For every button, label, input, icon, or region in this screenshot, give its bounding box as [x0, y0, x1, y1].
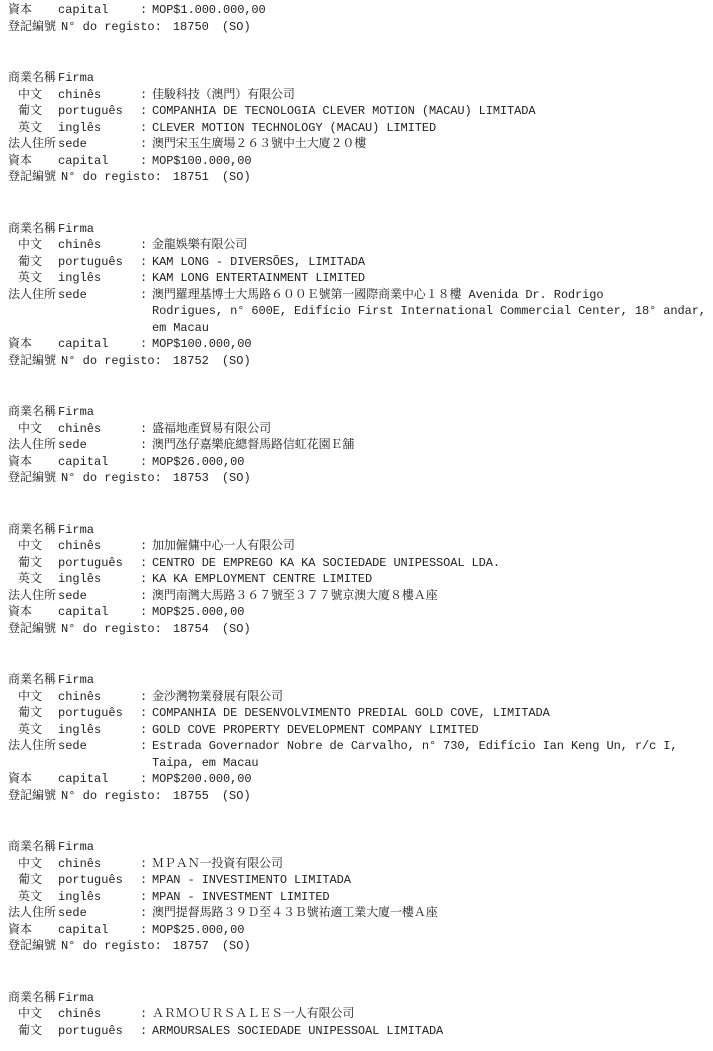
- field-value: ARMOURSALES SOCIEDADE UNIPESSOAL LIMITAD…: [152, 1023, 713, 1040]
- record: 商業名稱Firma中文chinês:金龍娛樂有限公司葡文português:KA…: [8, 221, 713, 370]
- record-header-row: 商業名稱Firma: [8, 70, 713, 87]
- field-label-pt: capital: [58, 153, 140, 170]
- field-label-pt: português: [58, 872, 140, 889]
- field-label-pt: chinês: [58, 237, 140, 254]
- field-label-pt: inglês: [58, 270, 140, 287]
- field-label-zh: 資本: [8, 454, 58, 471]
- field-label-zh: 中文: [8, 1006, 58, 1023]
- field-label-pt: português: [58, 254, 140, 271]
- field-colon: :: [140, 103, 152, 120]
- field-row: 資本capital:MOP$25.000,00: [8, 604, 713, 621]
- record: 商業名稱Firma中文chinês:ＡＲＭＯＵＲＳＡＬＥＳ一人有限公司葡文por…: [8, 990, 713, 1040]
- registry-suffix: (SO): [222, 622, 251, 636]
- record: 商業名稱Firma中文chinês:加加僱傭中心一人有限公司葡文portuguê…: [8, 522, 713, 638]
- field-row: 葡文português:COMPANHIA DE DESENVOLVIMENTO…: [8, 705, 713, 722]
- field-label-pt: sede: [58, 437, 140, 454]
- field-label-zh: 英文: [8, 722, 58, 739]
- field-colon: :: [140, 555, 152, 572]
- field-label-pt: chinês: [58, 421, 140, 438]
- field-value: 佳駿科技（澳門）有限公司: [152, 87, 713, 104]
- field-label-zh: 中文: [8, 689, 58, 706]
- registry-label-zh: 登記編號: [8, 354, 56, 368]
- registry-number-row: 登記編號N° do registo:18752(SO): [8, 353, 713, 370]
- field-label-zh: 資本: [8, 922, 58, 939]
- registry-page: 資本capital:MOP$1.000.000,00登記編號N° do regi…: [0, 0, 713, 1039]
- registry-label-pt: N° do registo:: [61, 939, 162, 953]
- registry-suffix: (SO): [222, 20, 251, 34]
- field-label-pt: inglês: [58, 120, 140, 137]
- field-value-line: Taipa, em Macau: [152, 755, 713, 772]
- field-colon: :: [140, 738, 152, 755]
- field-value: 加加僱傭中心一人有限公司: [152, 538, 713, 555]
- field-row: 法人住所sede:澳門宋玉生廣場２６３號中土大廈２０樓: [8, 136, 713, 153]
- field-label-zh: 資本: [8, 771, 58, 788]
- registry-number-row: 登記編號N° do registo:18754(SO): [8, 621, 713, 638]
- field-row: 葡文português:ARMOURSALES SOCIEDADE UNIPES…: [8, 1023, 713, 1040]
- registry-number-row: 登記編號N° do registo:18751(SO): [8, 169, 713, 186]
- field-label-zh: 葡文: [8, 705, 58, 722]
- field-row: 中文chinês:佳駿科技（澳門）有限公司: [8, 87, 713, 104]
- field-label-zh: 商業名稱: [8, 672, 58, 689]
- field-row: 英文inglês:GOLD COVE PROPERTY DEVELOPMENT …: [8, 722, 713, 739]
- field-colon: :: [140, 336, 152, 353]
- field-label-pt: chinês: [58, 87, 140, 104]
- field-row: 英文inglês:CLEVER MOTION TECHNOLOGY (MACAU…: [8, 120, 713, 137]
- field-label-zh: 商業名稱: [8, 990, 58, 1007]
- registry-number-row: 登記編號N° do registo:18755(SO): [8, 788, 713, 805]
- record-header-row: 商業名稱Firma: [8, 221, 713, 238]
- field-label-zh: 葡文: [8, 103, 58, 120]
- field-label-zh: 葡文: [8, 1023, 58, 1040]
- field-row: 英文inglês:KA KA EMPLOYMENT CENTRE LIMITED: [8, 571, 713, 588]
- field-row: 法人住所sede:澳門氹仔嘉樂庇總督馬路信虹花園Ｅ舖: [8, 437, 713, 454]
- field-value: 澳門羅理基博士大馬路６００Ｅ號第一國際商業中心１８樓 Avenida Dr. R…: [152, 287, 713, 337]
- field-colon: :: [140, 136, 152, 153]
- field-label-zh: 商業名稱: [8, 221, 58, 238]
- field-colon: :: [140, 454, 152, 471]
- record: 資本capital:MOP$1.000.000,00登記編號N° do regi…: [8, 2, 713, 35]
- field-colon: :: [140, 571, 152, 588]
- field-colon: :: [140, 889, 152, 906]
- field-row: 中文chinês:金龍娛樂有限公司: [8, 237, 713, 254]
- field-label-pt: inglês: [58, 571, 140, 588]
- field-colon: :: [140, 722, 152, 739]
- field-colon: :: [140, 705, 152, 722]
- field-label-zh: 法人住所: [8, 287, 58, 304]
- field-label-pt: capital: [58, 922, 140, 939]
- field-row: 英文inglês:MPAN - INVESTMENT LIMITED: [8, 889, 713, 906]
- field-label-pt: chinês: [58, 689, 140, 706]
- registry-label-zh: 登記編號: [8, 939, 56, 953]
- field-label-zh: 中文: [8, 421, 58, 438]
- registry-number-row: 登記編號N° do registo:18757(SO): [8, 938, 713, 955]
- registry-label-zh: 登記編號: [8, 622, 56, 636]
- field-value: KAM LONG ENTERTAINMENT LIMITED: [152, 270, 713, 287]
- field-label-zh: 資本: [8, 604, 58, 621]
- field-row: 中文chinês:ＭＰＡＮ一投資有限公司: [8, 856, 713, 873]
- field-value-line: Rodrigues, n° 600E, Edifício First Inter…: [152, 303, 713, 320]
- field-value: MOP$25.000,00: [152, 922, 713, 939]
- field-label-pt: sede: [58, 738, 140, 755]
- registry-number: 18753: [173, 471, 209, 485]
- field-colon: :: [140, 1023, 152, 1040]
- registry-number-row: 登記編號N° do registo:18750(SO): [8, 19, 713, 36]
- field-colon: :: [140, 588, 152, 605]
- field-value: 澳門南灣大馬路３６７號至３７７號京澳大廈８樓Ａ座: [152, 588, 713, 605]
- field-label-zh: 法人住所: [8, 588, 58, 605]
- field-colon: :: [140, 87, 152, 104]
- field-label-pt: chinês: [58, 1006, 140, 1023]
- registry-number: 18757: [173, 939, 209, 953]
- field-label-pt: capital: [58, 336, 140, 353]
- field-colon: :: [140, 421, 152, 438]
- field-colon: :: [140, 153, 152, 170]
- registry-number: 18754: [173, 622, 209, 636]
- registry-label-pt: N° do registo:: [61, 354, 162, 368]
- registry-label-pt: N° do registo:: [61, 170, 162, 184]
- field-value: COMPANHIA DE DESENVOLVIMENTO PREDIAL GOL…: [152, 705, 713, 722]
- field-label-zh: 葡文: [8, 555, 58, 572]
- field-value-line: em Macau: [152, 320, 713, 337]
- field-label-zh: 法人住所: [8, 905, 58, 922]
- registry-label-zh: 登記編號: [8, 471, 56, 485]
- registry-suffix: (SO): [222, 354, 251, 368]
- field-row: 中文chinês:加加僱傭中心一人有限公司: [8, 538, 713, 555]
- field-label-zh: 法人住所: [8, 136, 58, 153]
- field-label-zh: 資本: [8, 336, 58, 353]
- field-label-pt: inglês: [58, 889, 140, 906]
- registry-label-zh: 登記編號: [8, 20, 56, 34]
- field-label-zh: 英文: [8, 571, 58, 588]
- field-value: 金龍娛樂有限公司: [152, 237, 713, 254]
- field-value: KAM LONG - DIVERSÕES, LIMITADA: [152, 254, 713, 271]
- record-header-row: 商業名稱Firma: [8, 672, 713, 689]
- field-colon: :: [140, 1006, 152, 1023]
- field-label-zh: 資本: [8, 153, 58, 170]
- registry-label-pt: N° do registo:: [61, 789, 162, 803]
- registry-number: 18755: [173, 789, 209, 803]
- record: 商業名稱Firma中文chinês:ＭＰＡＮ一投資有限公司葡文português…: [8, 839, 713, 955]
- field-row: 資本capital:MOP$100.000,00: [8, 336, 713, 353]
- registry-number: 18750: [173, 20, 209, 34]
- field-colon: :: [140, 120, 152, 137]
- field-row: 資本capital:MOP$200.000,00: [8, 771, 713, 788]
- field-label-pt: Firma: [58, 404, 140, 421]
- field-label-zh: 中文: [8, 87, 58, 104]
- field-value: Estrada Governador Nobre de Carvalho, n°…: [152, 738, 713, 771]
- field-colon: :: [140, 604, 152, 621]
- field-row: 法人住所sede:澳門提督馬路３９Ｄ至４３Ｂ號祐適工業大廈一樓Ａ座: [8, 905, 713, 922]
- field-row: 英文inglês:KAM LONG ENTERTAINMENT LIMITED: [8, 270, 713, 287]
- record-header-row: 商業名稱Firma: [8, 990, 713, 1007]
- registry-suffix: (SO): [222, 789, 251, 803]
- field-colon: :: [140, 287, 152, 304]
- field-value: MOP$26.000,00: [152, 454, 713, 471]
- field-label-zh: 商業名稱: [8, 404, 58, 421]
- field-colon: :: [140, 905, 152, 922]
- field-label-zh: 英文: [8, 270, 58, 287]
- field-label-pt: chinês: [58, 856, 140, 873]
- field-colon: :: [140, 922, 152, 939]
- registry-label-zh: 登記編號: [8, 170, 56, 184]
- field-label-zh: 法人住所: [8, 437, 58, 454]
- field-colon: :: [140, 689, 152, 706]
- field-label-pt: português: [58, 103, 140, 120]
- field-value: 金沙灣物業發展有限公司: [152, 689, 713, 706]
- field-label-pt: Firma: [58, 221, 140, 238]
- field-colon: :: [140, 771, 152, 788]
- field-label-zh: 英文: [8, 120, 58, 137]
- registry-label-pt: N° do registo:: [61, 471, 162, 485]
- field-value: ＡＲＭＯＵＲＳＡＬＥＳ一人有限公司: [152, 1006, 713, 1023]
- field-row: 法人住所sede:澳門羅理基博士大馬路６００Ｅ號第一國際商業中心１８樓 Aven…: [8, 287, 713, 337]
- field-label-pt: sede: [58, 136, 140, 153]
- field-row: 葡文português:KAM LONG - DIVERSÕES, LIMITA…: [8, 254, 713, 271]
- record-header-row: 商業名稱Firma: [8, 522, 713, 539]
- field-label-pt: Firma: [58, 70, 140, 87]
- field-value: CLEVER MOTION TECHNOLOGY (MACAU) LIMITED: [152, 120, 713, 137]
- field-value: MPAN - INVESTIMENTO LIMITADA: [152, 872, 713, 889]
- field-row: 資本capital:MOP$100.000,00: [8, 153, 713, 170]
- field-value: 盛福地產貿易有限公司: [152, 421, 713, 438]
- field-row: 中文chinês:金沙灣物業發展有限公司: [8, 689, 713, 706]
- field-row: 資本capital:MOP$26.000,00: [8, 454, 713, 471]
- registry-label-pt: N° do registo:: [61, 20, 162, 34]
- field-colon: :: [140, 437, 152, 454]
- field-colon: :: [140, 254, 152, 271]
- field-row: 中文chinês:盛福地產貿易有限公司: [8, 421, 713, 438]
- field-label-pt: português: [58, 1023, 140, 1040]
- field-colon: :: [140, 237, 152, 254]
- field-row: 法人住所sede:Estrada Governador Nobre de Car…: [8, 738, 713, 771]
- field-label-zh: 葡文: [8, 872, 58, 889]
- field-row: 葡文português:COMPANHIA DE TECNOLOGIA CLEV…: [8, 103, 713, 120]
- field-label-zh: 英文: [8, 889, 58, 906]
- field-colon: :: [140, 2, 152, 19]
- field-label-pt: capital: [58, 771, 140, 788]
- field-value: MPAN - INVESTMENT LIMITED: [152, 889, 713, 906]
- registry-suffix: (SO): [222, 170, 251, 184]
- field-value: MOP$100.000,00: [152, 153, 713, 170]
- field-value: COMPANHIA DE TECNOLOGIA CLEVER MOTION (M…: [152, 103, 713, 120]
- field-value: CENTRO DE EMPREGO KA KA SOCIEDADE UNIPES…: [152, 555, 713, 572]
- field-value-line: Estrada Governador Nobre de Carvalho, n°…: [152, 738, 713, 755]
- field-colon: :: [140, 856, 152, 873]
- field-label-pt: chinês: [58, 538, 140, 555]
- field-value: 澳門宋玉生廣場２６３號中土大廈２０樓: [152, 136, 713, 153]
- field-label-pt: sede: [58, 287, 140, 304]
- registry-suffix: (SO): [222, 939, 251, 953]
- field-label-zh: 中文: [8, 237, 58, 254]
- field-value: 澳門提督馬路３９Ｄ至４３Ｂ號祐適工業大廈一樓Ａ座: [152, 905, 713, 922]
- field-value: GOLD COVE PROPERTY DEVELOPMENT COMPANY L…: [152, 722, 713, 739]
- record: 商業名稱Firma中文chinês:金沙灣物業發展有限公司葡文português…: [8, 672, 713, 804]
- field-value: 澳門氹仔嘉樂庇總督馬路信虹花園Ｅ舖: [152, 437, 713, 454]
- field-row: 資本capital:MOP$25.000,00: [8, 922, 713, 939]
- field-value: MOP$200.000,00: [152, 771, 713, 788]
- field-label-pt: sede: [58, 588, 140, 605]
- registry-label-zh: 登記編號: [8, 789, 56, 803]
- field-value-line: 澳門羅理基博士大馬路６００Ｅ號第一國際商業中心１８樓 Avenida Dr. R…: [152, 287, 713, 304]
- field-value: MOP$25.000,00: [152, 604, 713, 621]
- field-colon: :: [140, 872, 152, 889]
- registry-number: 18751: [173, 170, 209, 184]
- field-row: 中文chinês:ＡＲＭＯＵＲＳＡＬＥＳ一人有限公司: [8, 1006, 713, 1023]
- field-label-pt: português: [58, 705, 140, 722]
- field-label-pt: inglês: [58, 722, 140, 739]
- field-label-pt: capital: [58, 2, 140, 19]
- registry-number: 18752: [173, 354, 209, 368]
- field-row: 葡文português:CENTRO DE EMPREGO KA KA SOCI…: [8, 555, 713, 572]
- field-colon: :: [140, 270, 152, 287]
- field-label-zh: 中文: [8, 538, 58, 555]
- field-value: MOP$100.000,00: [152, 336, 713, 353]
- field-label-pt: Firma: [58, 839, 140, 856]
- field-row: 葡文português:MPAN - INVESTIMENTO LIMITADA: [8, 872, 713, 889]
- field-row: 資本capital:MOP$1.000.000,00: [8, 2, 713, 19]
- field-label-pt: Firma: [58, 522, 140, 539]
- field-label-pt: capital: [58, 604, 140, 621]
- field-label-pt: capital: [58, 454, 140, 471]
- field-label-pt: Firma: [58, 990, 140, 1007]
- field-label-zh: 商業名稱: [8, 70, 58, 87]
- registry-label-pt: N° do registo:: [61, 622, 162, 636]
- field-row: 法人住所sede:澳門南灣大馬路３６７號至３７７號京澳大廈８樓Ａ座: [8, 588, 713, 605]
- record: 商業名稱Firma中文chinês:盛福地產貿易有限公司法人住所sede:澳門氹…: [8, 404, 713, 487]
- field-label-zh: 法人住所: [8, 738, 58, 755]
- field-value: KA KA EMPLOYMENT CENTRE LIMITED: [152, 571, 713, 588]
- registry-number-row: 登記編號N° do registo:18753(SO): [8, 470, 713, 487]
- field-label-pt: Firma: [58, 672, 140, 689]
- record-header-row: 商業名稱Firma: [8, 404, 713, 421]
- field-colon: :: [140, 538, 152, 555]
- field-label-zh: 資本: [8, 2, 58, 19]
- record-header-row: 商業名稱Firma: [8, 839, 713, 856]
- field-value: MOP$1.000.000,00: [152, 2, 713, 19]
- field-label-pt: sede: [58, 905, 140, 922]
- field-label-zh: 葡文: [8, 254, 58, 271]
- record: 商業名稱Firma中文chinês:佳駿科技（澳門）有限公司葡文portuguê…: [8, 70, 713, 186]
- field-label-zh: 中文: [8, 856, 58, 873]
- field-label-pt: português: [58, 555, 140, 572]
- registry-suffix: (SO): [222, 471, 251, 485]
- field-value: ＭＰＡＮ一投資有限公司: [152, 856, 713, 873]
- field-label-zh: 商業名稱: [8, 522, 58, 539]
- field-label-zh: 商業名稱: [8, 839, 58, 856]
